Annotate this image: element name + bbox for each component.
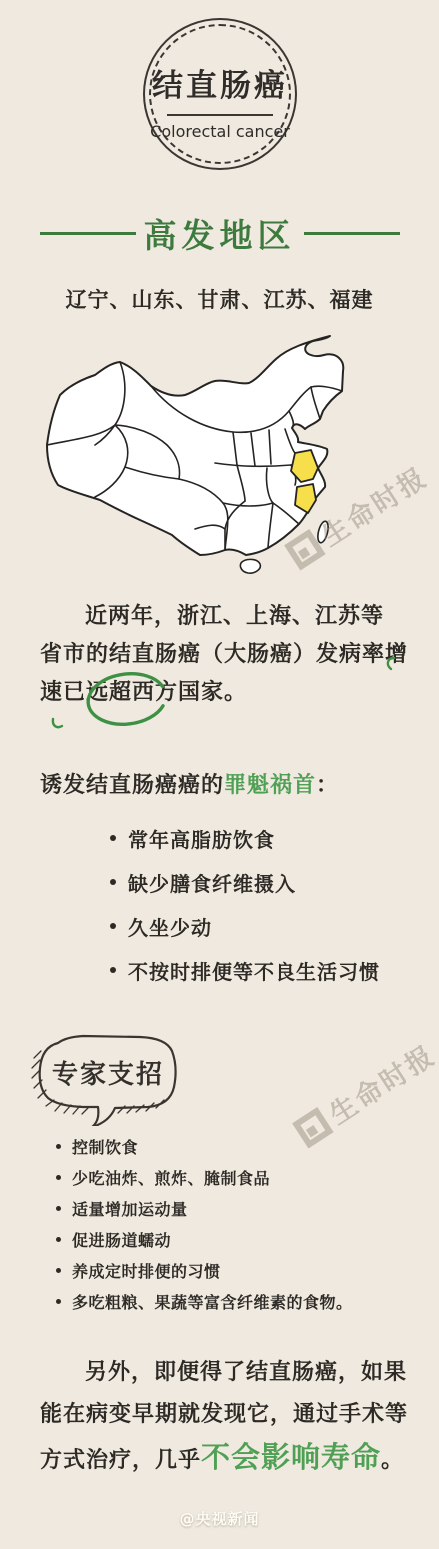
tip-text: 少吃油炸、煎炸、腌制食品 [72, 1166, 270, 1189]
cause-text: 缺少膳食纤维摄入 [128, 868, 296, 897]
paragraph-line: 省市的结直肠癌（大肠癌）发病率增 [40, 636, 409, 674]
tips-list: 控制饮食 少吃油炸、煎炸、腌制食品 适量增加运动量 促进肠道蠕动 养成定时排便的… [56, 1136, 353, 1322]
bullet-dot [56, 1268, 61, 1273]
list-item: 少吃油炸、煎炸、腌制食品 [56, 1167, 353, 1187]
poster-subtitle: Colorectal cancer [145, 122, 295, 141]
causes-intro: 诱发结直肠癌癌的罪魁祸首： [40, 768, 339, 799]
title-divider [167, 114, 273, 116]
tips-heading: 专家支招 [52, 1054, 164, 1091]
cause-text: 常年高脂肪饮食 [128, 824, 275, 853]
header-rule-left [40, 232, 136, 235]
watermark-lifetimes-2: 生命时报 [289, 1034, 439, 1152]
section-header: 高发地区 [0, 210, 439, 257]
poster-title: 结直肠癌 [145, 60, 295, 105]
conclusion-period: 。 [381, 1448, 404, 1473]
circle-annotation-icon [84, 670, 170, 728]
tip-text: 促进肠道蠕动 [72, 1228, 171, 1251]
causes-intro-highlight: 罪魁祸首 [224, 773, 316, 798]
hainan-island [240, 559, 260, 573]
tip-text: 多吃粗粮、果蔬等富含纤维素的食物。 [72, 1290, 353, 1313]
china-map-svg [45, 333, 400, 578]
causes-intro-colon: ： [316, 773, 339, 798]
list-item: 适量增加运动量 [56, 1198, 353, 1218]
bullet-dot [110, 835, 116, 841]
paragraph-line: 另外，即便得了结直肠癌，如果 [40, 1352, 409, 1394]
list-item: 缺少膳食纤维摄入 [110, 870, 380, 894]
bullet-dot [56, 1237, 61, 1242]
list-item: 久坐少动 [110, 914, 380, 938]
line3-pre: 速已 [40, 680, 86, 705]
causes-list: 常年高脂肪饮食 缺少膳食纤维摄入 久坐少动 不按时排便等不良生活习惯 [110, 826, 380, 1002]
conclusion-pre: 方式治疗，几乎 [40, 1448, 201, 1473]
list-item: 不按时排便等不良生活习惯 [110, 958, 380, 982]
conclusion-paragraph: 另外，即便得了结直肠癌，如果 能在病变早期就发现它，通过手术等 方式治疗，几乎不… [40, 1352, 409, 1478]
china-map [45, 333, 400, 578]
header-rule-right [304, 232, 400, 235]
bullet-dot [56, 1206, 61, 1211]
cause-text: 不按时排便等不良生活习惯 [128, 956, 380, 985]
bullet-dot [56, 1299, 61, 1304]
title-badge: 结直肠癌 Colorectal cancer [143, 18, 297, 170]
province-list: 辽宁、山东、甘肃、江苏、福建 [0, 284, 439, 314]
tip-text: 适量增加运动量 [72, 1197, 188, 1220]
list-item: 多吃粗粮、果蔬等富含纤维素的食物。 [56, 1291, 353, 1311]
list-item: 控制饮食 [56, 1136, 353, 1156]
paragraph-line: 能在病变早期就发现它，通过手术等 [40, 1394, 409, 1436]
bullet-dot [110, 923, 116, 929]
bullet-dot [56, 1175, 61, 1180]
causes-intro-plain: 诱发结直肠癌癌的 [40, 773, 224, 798]
bullet-dot [110, 879, 116, 885]
taiwan-island [316, 520, 330, 544]
paragraph-line: 方式治疗，几乎不会影响寿命。 [40, 1436, 409, 1478]
infographic-poster: 结直肠癌 Colorectal cancer 高发地区 辽宁、山东、甘肃、江苏、… [0, 0, 439, 1549]
conclusion-highlight: 不会影响寿命 [201, 1440, 381, 1474]
green-swirl-icon [384, 656, 398, 672]
list-item: 常年高脂肪饮食 [110, 826, 380, 850]
list-item: 养成定时排便的习惯 [56, 1260, 353, 1280]
bullet-dot [56, 1144, 61, 1149]
cause-text: 久坐少动 [128, 912, 212, 941]
tip-text: 控制饮食 [72, 1135, 138, 1158]
mainland-outline [47, 336, 343, 555]
section-title: 高发地区 [144, 210, 296, 257]
green-swirl-icon [50, 716, 64, 732]
bullet-dot [110, 967, 116, 973]
tip-text: 养成定时排便的习惯 [72, 1259, 221, 1282]
credit-watermark: @央视新闻 [0, 1508, 439, 1529]
list-item: 促进肠道蠕动 [56, 1229, 353, 1249]
watermark-text: 生命时报 [320, 1034, 439, 1132]
paragraph-line: 近两年，浙江、上海、江苏等 [40, 598, 409, 636]
